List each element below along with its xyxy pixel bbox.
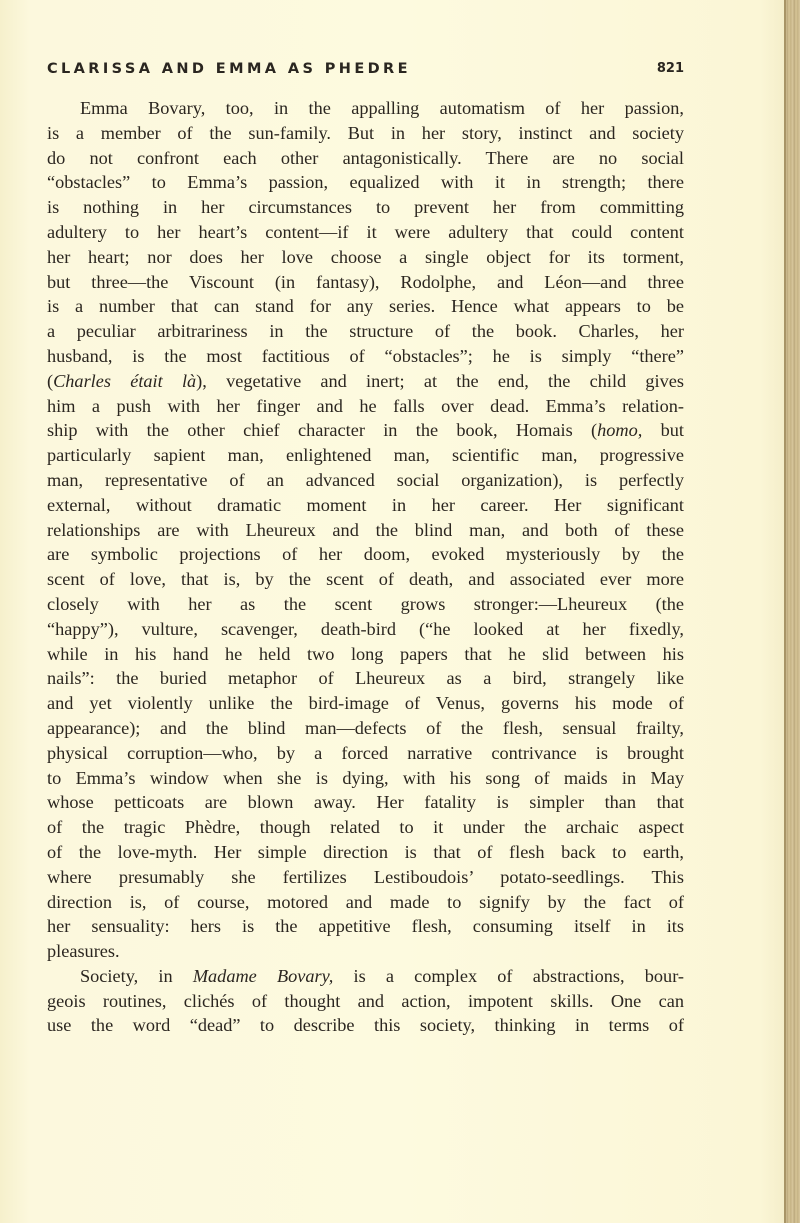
text-line: a peculiar arbitrariness in the structur… — [47, 319, 684, 344]
text-line: him a push with her finger and he falls … — [47, 394, 684, 419]
running-head-title: CLARISSA AND EMMA AS PHEDRE — [47, 61, 411, 77]
text-line: is a number that can stand for any serie… — [47, 294, 684, 319]
text-line: geois routines, clichés of thought and a… — [47, 989, 684, 1014]
text-line: but three—the Viscount (in fantasy), Rod… — [47, 270, 684, 295]
text-line: and yet violently unlike the bird-image … — [47, 691, 684, 716]
text-line: appearance); and the blind man—defects o… — [47, 716, 684, 741]
page-edge-shadow — [784, 0, 786, 1223]
text-line: pleasures. — [47, 939, 684, 964]
text-line: adultery to her heart’s content—if it we… — [47, 220, 684, 245]
text-line: “happy”), vulture, scavenger, death-bird… — [47, 617, 684, 642]
text-line: external, without dramatic moment in her… — [47, 493, 684, 518]
text-line: “obstacles” to Emma’s passion, equalized… — [47, 170, 684, 195]
text-line: Society, in Madame Bovary, is a complex … — [47, 964, 684, 989]
running-head: CLARISSA AND EMMA AS PHEDRE 821 — [47, 61, 684, 81]
text-line: of the tragic Phèdre, though related to … — [47, 815, 684, 840]
italic-text: homo, — [597, 420, 642, 440]
text-line: nails”: the buried metaphor of Lheureux … — [47, 666, 684, 691]
text-line: her heart; nor does her love choose a si… — [47, 245, 684, 270]
italic-text: Charles était là — [53, 371, 196, 391]
page-edge — [784, 0, 800, 1223]
book-page: CLARISSA AND EMMA AS PHEDRE 821 Emma Bov… — [0, 0, 786, 1223]
italic-text: Madame Bovary, — [193, 966, 334, 986]
text-line: husband, is the most factitious of “obst… — [47, 344, 684, 369]
page-number: 821 — [657, 61, 684, 76]
text-line: direction is, of course, motored and mad… — [47, 890, 684, 915]
text-line: relationships are with Lheureux and the … — [47, 518, 684, 543]
text-line: closely with her as the scent grows stro… — [47, 592, 684, 617]
text-line: (Charles était là), vegetative and inert… — [47, 369, 684, 394]
text-line: physical corruption—who, by a forced nar… — [47, 741, 684, 766]
text-line: whose petticoats are blown away. Her fat… — [47, 790, 684, 815]
text-line: ship with the other chief character in t… — [47, 418, 684, 443]
text-line: of the love-myth. Her simple direction i… — [47, 840, 684, 865]
text-line: do not confront each other antagonistica… — [47, 146, 684, 171]
text-line: use the word “dead” to describe this soc… — [47, 1013, 684, 1038]
text-line: to Emma’s window when she is dying, with… — [47, 766, 684, 791]
text-line: where presumably she fertilizes Lestibou… — [47, 865, 684, 890]
text-line: is a member of the sun-family. But in he… — [47, 121, 684, 146]
text-line: are symbolic projections of her doom, ev… — [47, 542, 684, 567]
text-line: Emma Bovary, too, in the appalling autom… — [47, 96, 684, 121]
text-line: scent of love, that is, by the scent of … — [47, 567, 684, 592]
text-line: particularly sapient man, enlightened ma… — [47, 443, 684, 468]
text-line: while in his hand he held two long paper… — [47, 642, 684, 667]
text-line: her sensuality: hers is the appetitive f… — [47, 914, 684, 939]
text-line: is nothing in her circumstances to preve… — [47, 195, 684, 220]
text-line: man, representative of an advanced socia… — [47, 468, 684, 493]
body-text: Emma Bovary, too, in the appalling autom… — [47, 96, 684, 1038]
